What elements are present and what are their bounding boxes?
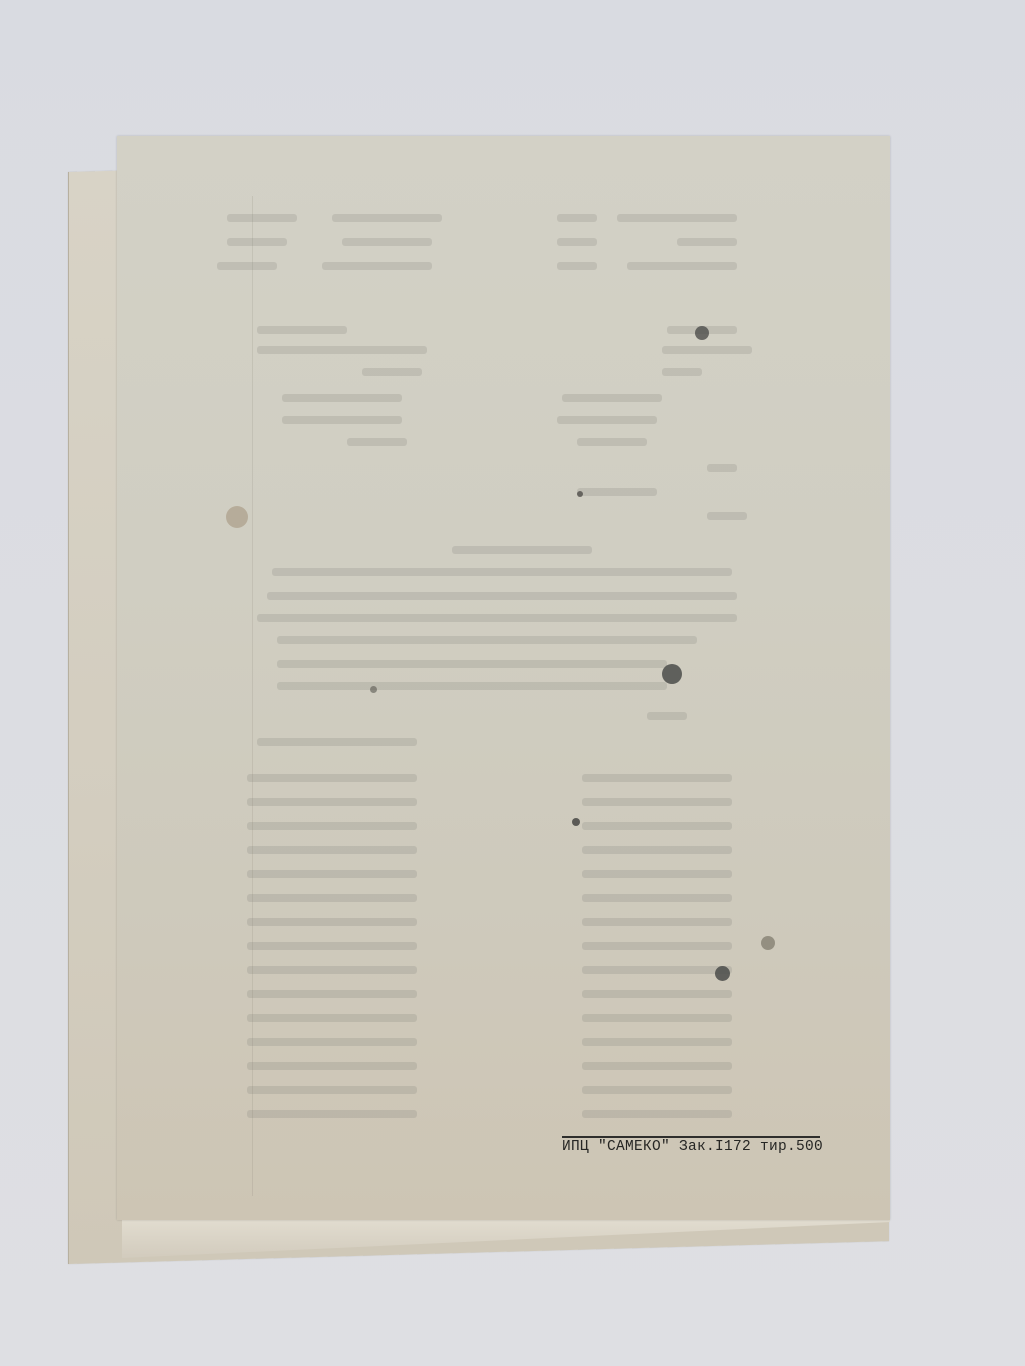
ink-spot [662,664,682,684]
ink-spot [572,818,580,826]
printer-imprint: ИПЦ "САМЕКО" Зак.I172 тир.500 [562,1139,823,1155]
stain-spot [761,936,775,950]
fold-line [252,196,253,1196]
imprint-rule [562,1136,820,1138]
ink-spot [370,686,377,693]
ink-spot [715,966,730,981]
stain-spot [226,506,248,528]
front-paper-sheet: ИПЦ "САМЕКО" Зак.I172 тир.500 [117,136,890,1220]
ink-spot [577,491,583,497]
ink-spot [695,326,709,340]
